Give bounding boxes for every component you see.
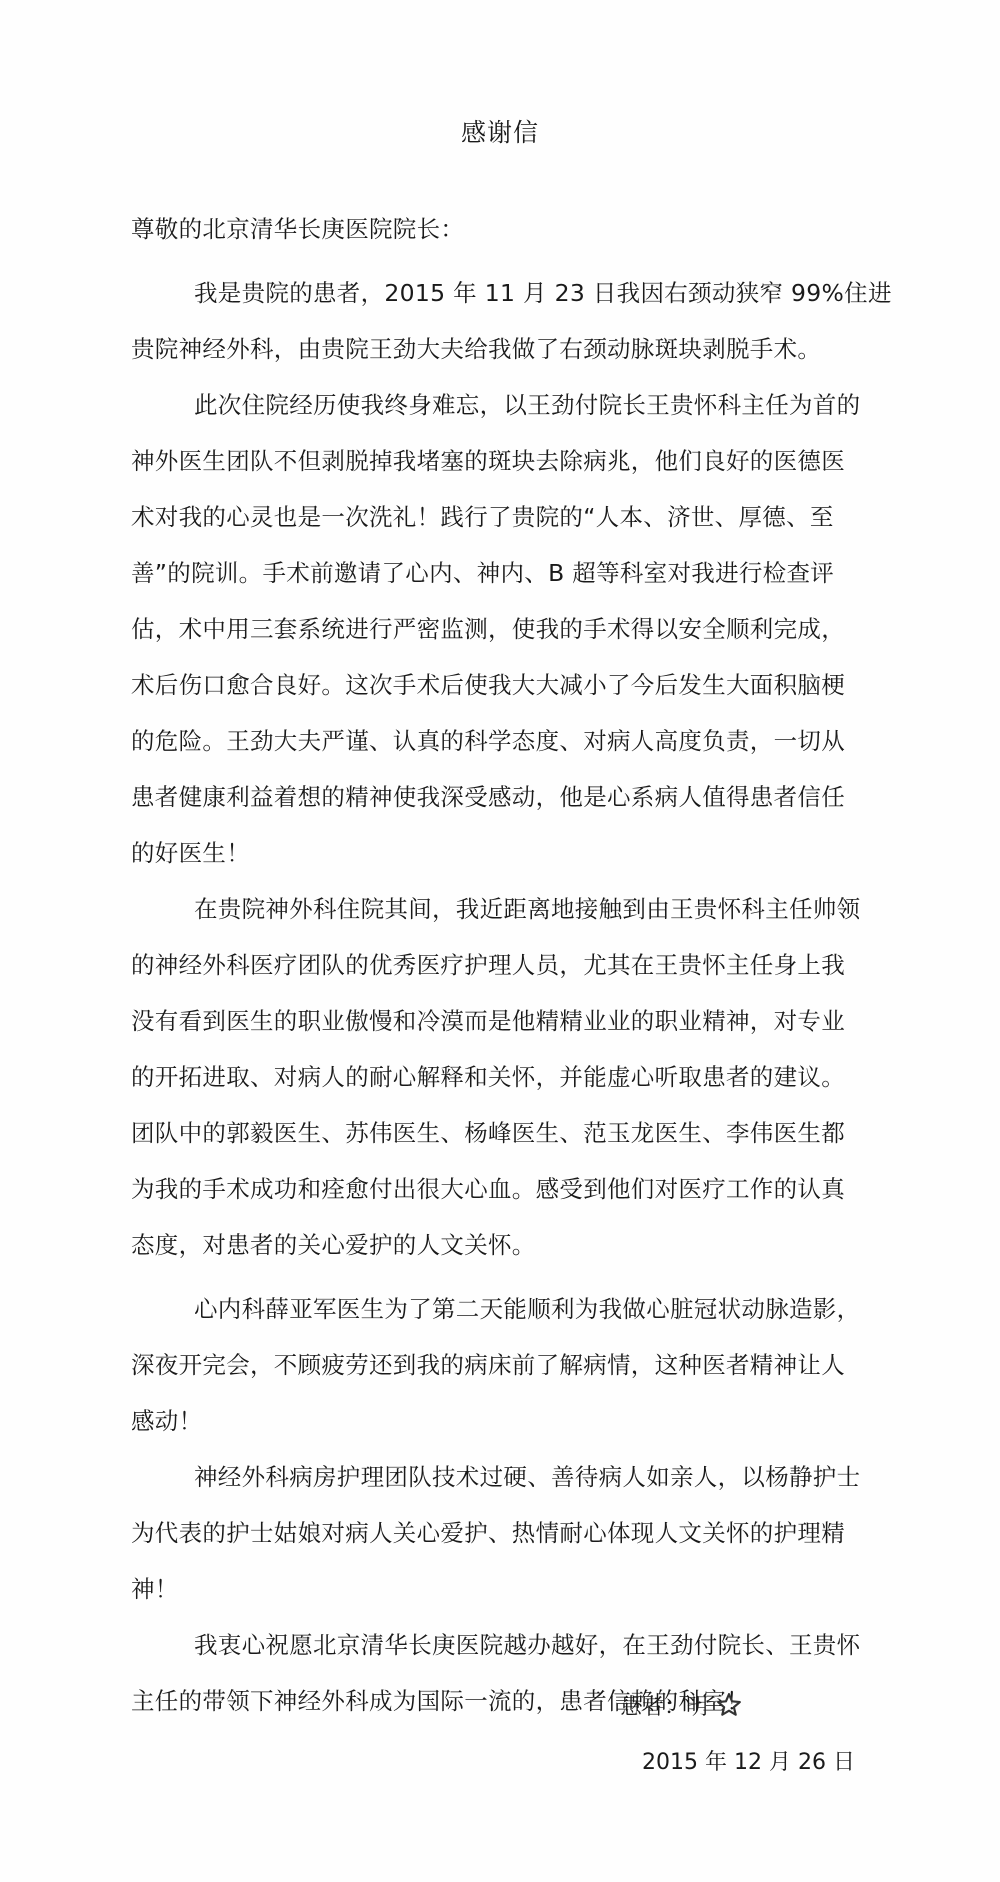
letter-line: 贵院神经外科，由贵院王劲大夫给我做了右颈动脉斑块剥脱手术。 <box>131 330 871 364</box>
letter-line: 没有看到医生的职业傲慢和冷漠而是他精精业业的职业精神，对专业 <box>131 1002 871 1036</box>
letter-line: 心内科薛亚军医生为了第二天能顺利为我做心脏冠状动脉造影， <box>194 1290 934 1324</box>
letter-line: 主任的带领下神经外科成为国际一流的，患者信赖的科室！ <box>131 1682 871 1716</box>
letter-line: 态度，对患者的关心爱护的人文关怀。 <box>131 1226 871 1260</box>
letter-line: 我是贵院的患者，2015 年 11 月 23 日我因右颈动狭窄 99%住进 <box>194 274 934 308</box>
scanned-letter-page: 感谢信 尊敬的北京清华长庚医院院长： 我是贵院的患者，2015 年 11 月 2… <box>0 0 1000 1882</box>
signature-label: 患者：明 <box>620 1695 708 1720</box>
letter-line: 估，术中用三套系统进行严密监测，使我的手术得以安全顺利完成， <box>131 610 871 644</box>
letter-line: 为代表的护士姑娘对病人关心爱护、热情耐心体现人文关怀的护理精 <box>131 1514 871 1548</box>
letter-line: 深夜开完会，不顾疲劳还到我的病床前了解病情，这种医者精神让人 <box>131 1346 871 1380</box>
letter-title: 感谢信 <box>0 113 1000 149</box>
signature-line: 患者：明 <box>620 1690 742 1721</box>
letter-line: 神外医生团队不但剥脱掉我堵塞的斑块去除病兆，他们良好的医德医 <box>131 442 871 476</box>
letter-line: 感动！ <box>131 1402 871 1436</box>
letter-line: 的危险。王劲大夫严谨、认真的科学态度、对病人高度负责，一切从 <box>131 722 871 756</box>
letter-line: 的神经外科医疗团队的优秀医疗护理人员，尤其在王贵怀主任身上我 <box>131 946 871 980</box>
letter-line: 我衷心祝愿北京清华长庚医院越办越好，在王劲付院长、王贵怀 <box>194 1626 934 1660</box>
signature-date: 2015 年 12 月 26 日 <box>642 1745 855 1776</box>
letter-line: 团队中的郭毅医生、苏伟医生、杨峰医生、范玉龙医生、李伟医生都 <box>131 1114 871 1148</box>
star-outline-icon <box>716 1692 742 1718</box>
letter-line: 术后伤口愈合良好。这次手术后使我大大减小了今后发生大面积脑梗 <box>131 666 871 700</box>
letter-line: 善”的院训。手术前邀请了心内、神内、B 超等科室对我进行检查评 <box>131 554 871 588</box>
letter-line: 患者健康利益着想的精神使我深受感动，他是心系病人值得患者信任 <box>131 778 871 812</box>
letter-line: 神！ <box>131 1570 871 1604</box>
letter-line: 在贵院神外科住院其间，我近距离地接触到由王贵怀科主任帅领 <box>194 890 934 924</box>
letter-line: 的好医生！ <box>131 834 871 868</box>
letter-line: 术对我的心灵也是一次洗礼！践行了贵院的“人本、济世、厚德、至 <box>131 498 871 532</box>
letter-salutation: 尊敬的北京清华长庚医院院长： <box>131 210 871 244</box>
letter-line: 的开拓进取、对病人的耐心解释和关怀，并能虚心听取患者的建议。 <box>131 1058 871 1092</box>
letter-line: 神经外科病房护理团队技术过硬、善待病人如亲人，以杨静护士 <box>194 1458 934 1492</box>
letter-line: 此次住院经历使我终身难忘，以王劲付院长王贵怀科主任为首的 <box>194 386 934 420</box>
letter-line: 为我的手术成功和痊愈付出很大心血。感受到他们对医疗工作的认真 <box>131 1170 871 1204</box>
